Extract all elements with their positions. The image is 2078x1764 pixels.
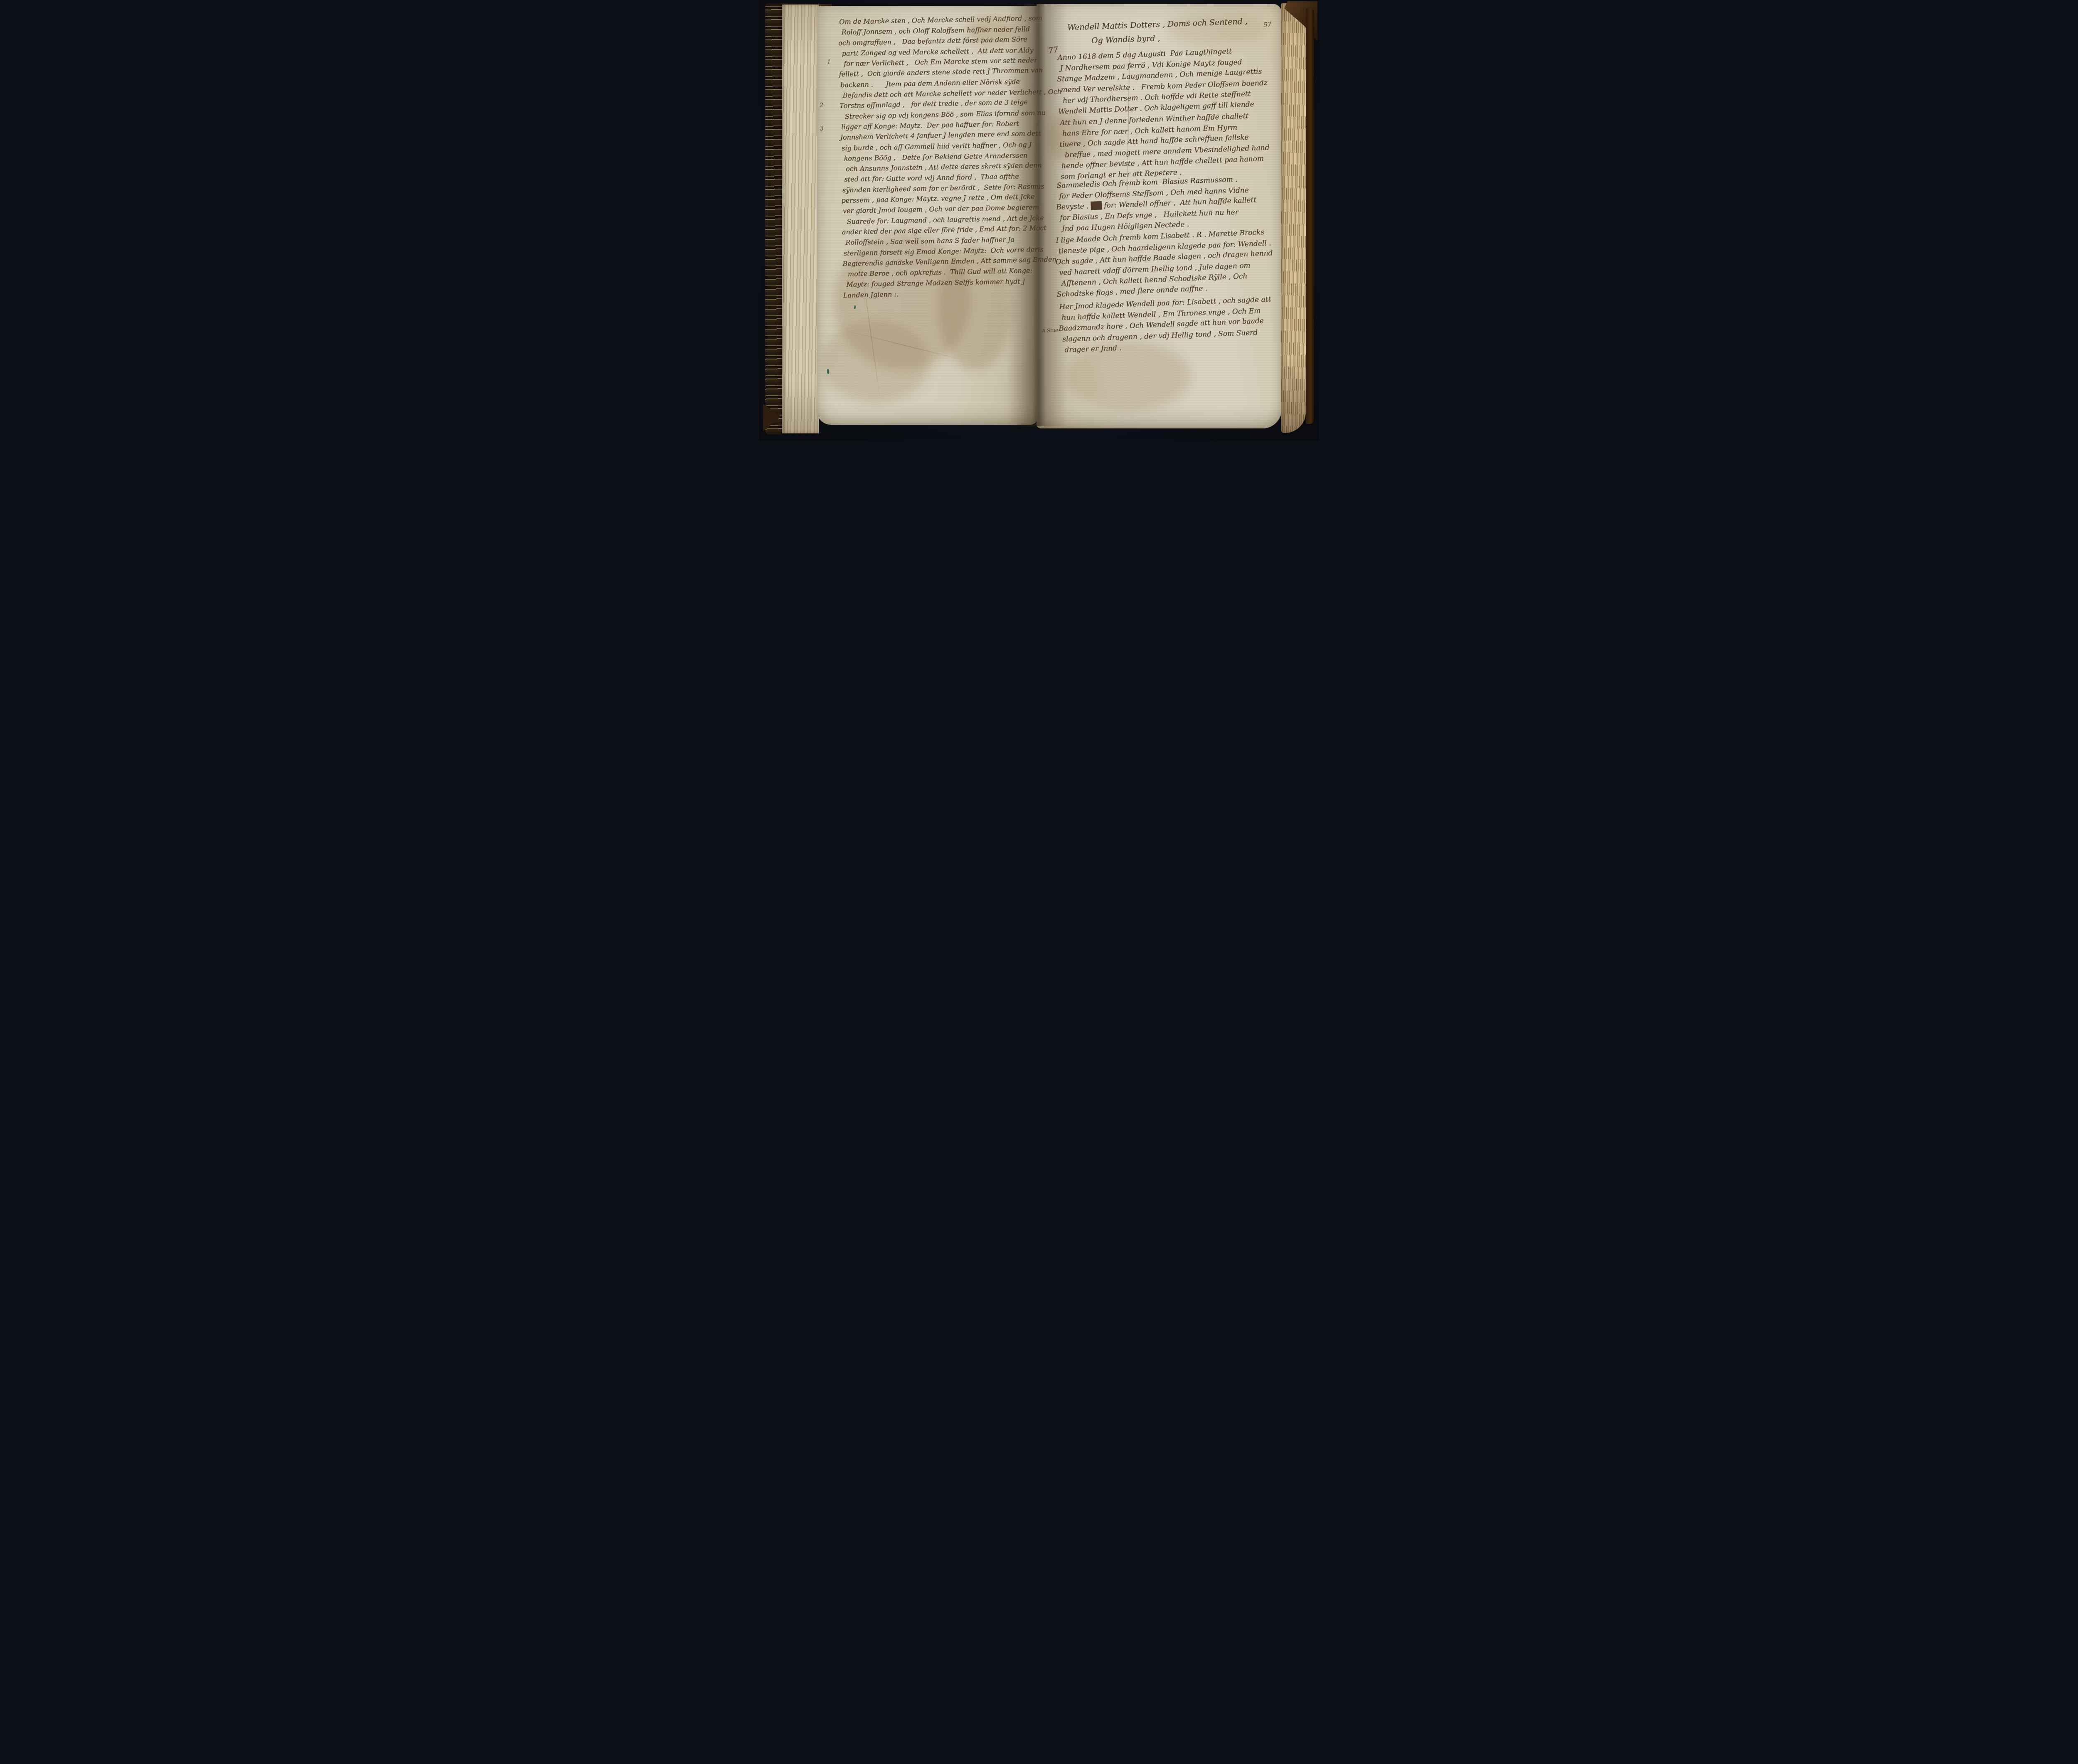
leather-cover-right-edge [1306,8,1314,424]
right-fore-edge-page-stack [1281,3,1306,433]
left-page-text: Om de Marcke sten , Och Marcke schell ve… [839,13,1044,300]
margin-number-2: 2 [820,102,823,109]
left-page-stack-edge [782,5,819,433]
marbled-page-block-edge [765,3,783,435]
margin-number-3: 3 [820,125,824,132]
folio-number: 57 [1263,20,1272,29]
right-page-paragraph-1: Anno 1618 dem 5 dag Augusti Paa Laugthin… [1057,45,1269,182]
right-page-paragraph-2: Sammeledis Och fremb kom Blasius Rasmuss… [1056,173,1258,234]
paper-stain [821,320,929,403]
manuscript-photo: 57 1 2 3 Om de Marcke sten , Och Marcke … [759,0,1319,441]
paper-stain [1166,12,1266,46]
right-page-paragraph-4: Her Jmod klagede Wendell paa for: Lisabe… [1059,294,1273,356]
margin-note: A Stue [1042,327,1058,334]
margin-number-1: 1 [827,59,831,66]
right-page-paragraph-3: I lige Maade Och fremb kom Lisabett . R … [1056,226,1275,300]
ink-speck [827,369,830,374]
